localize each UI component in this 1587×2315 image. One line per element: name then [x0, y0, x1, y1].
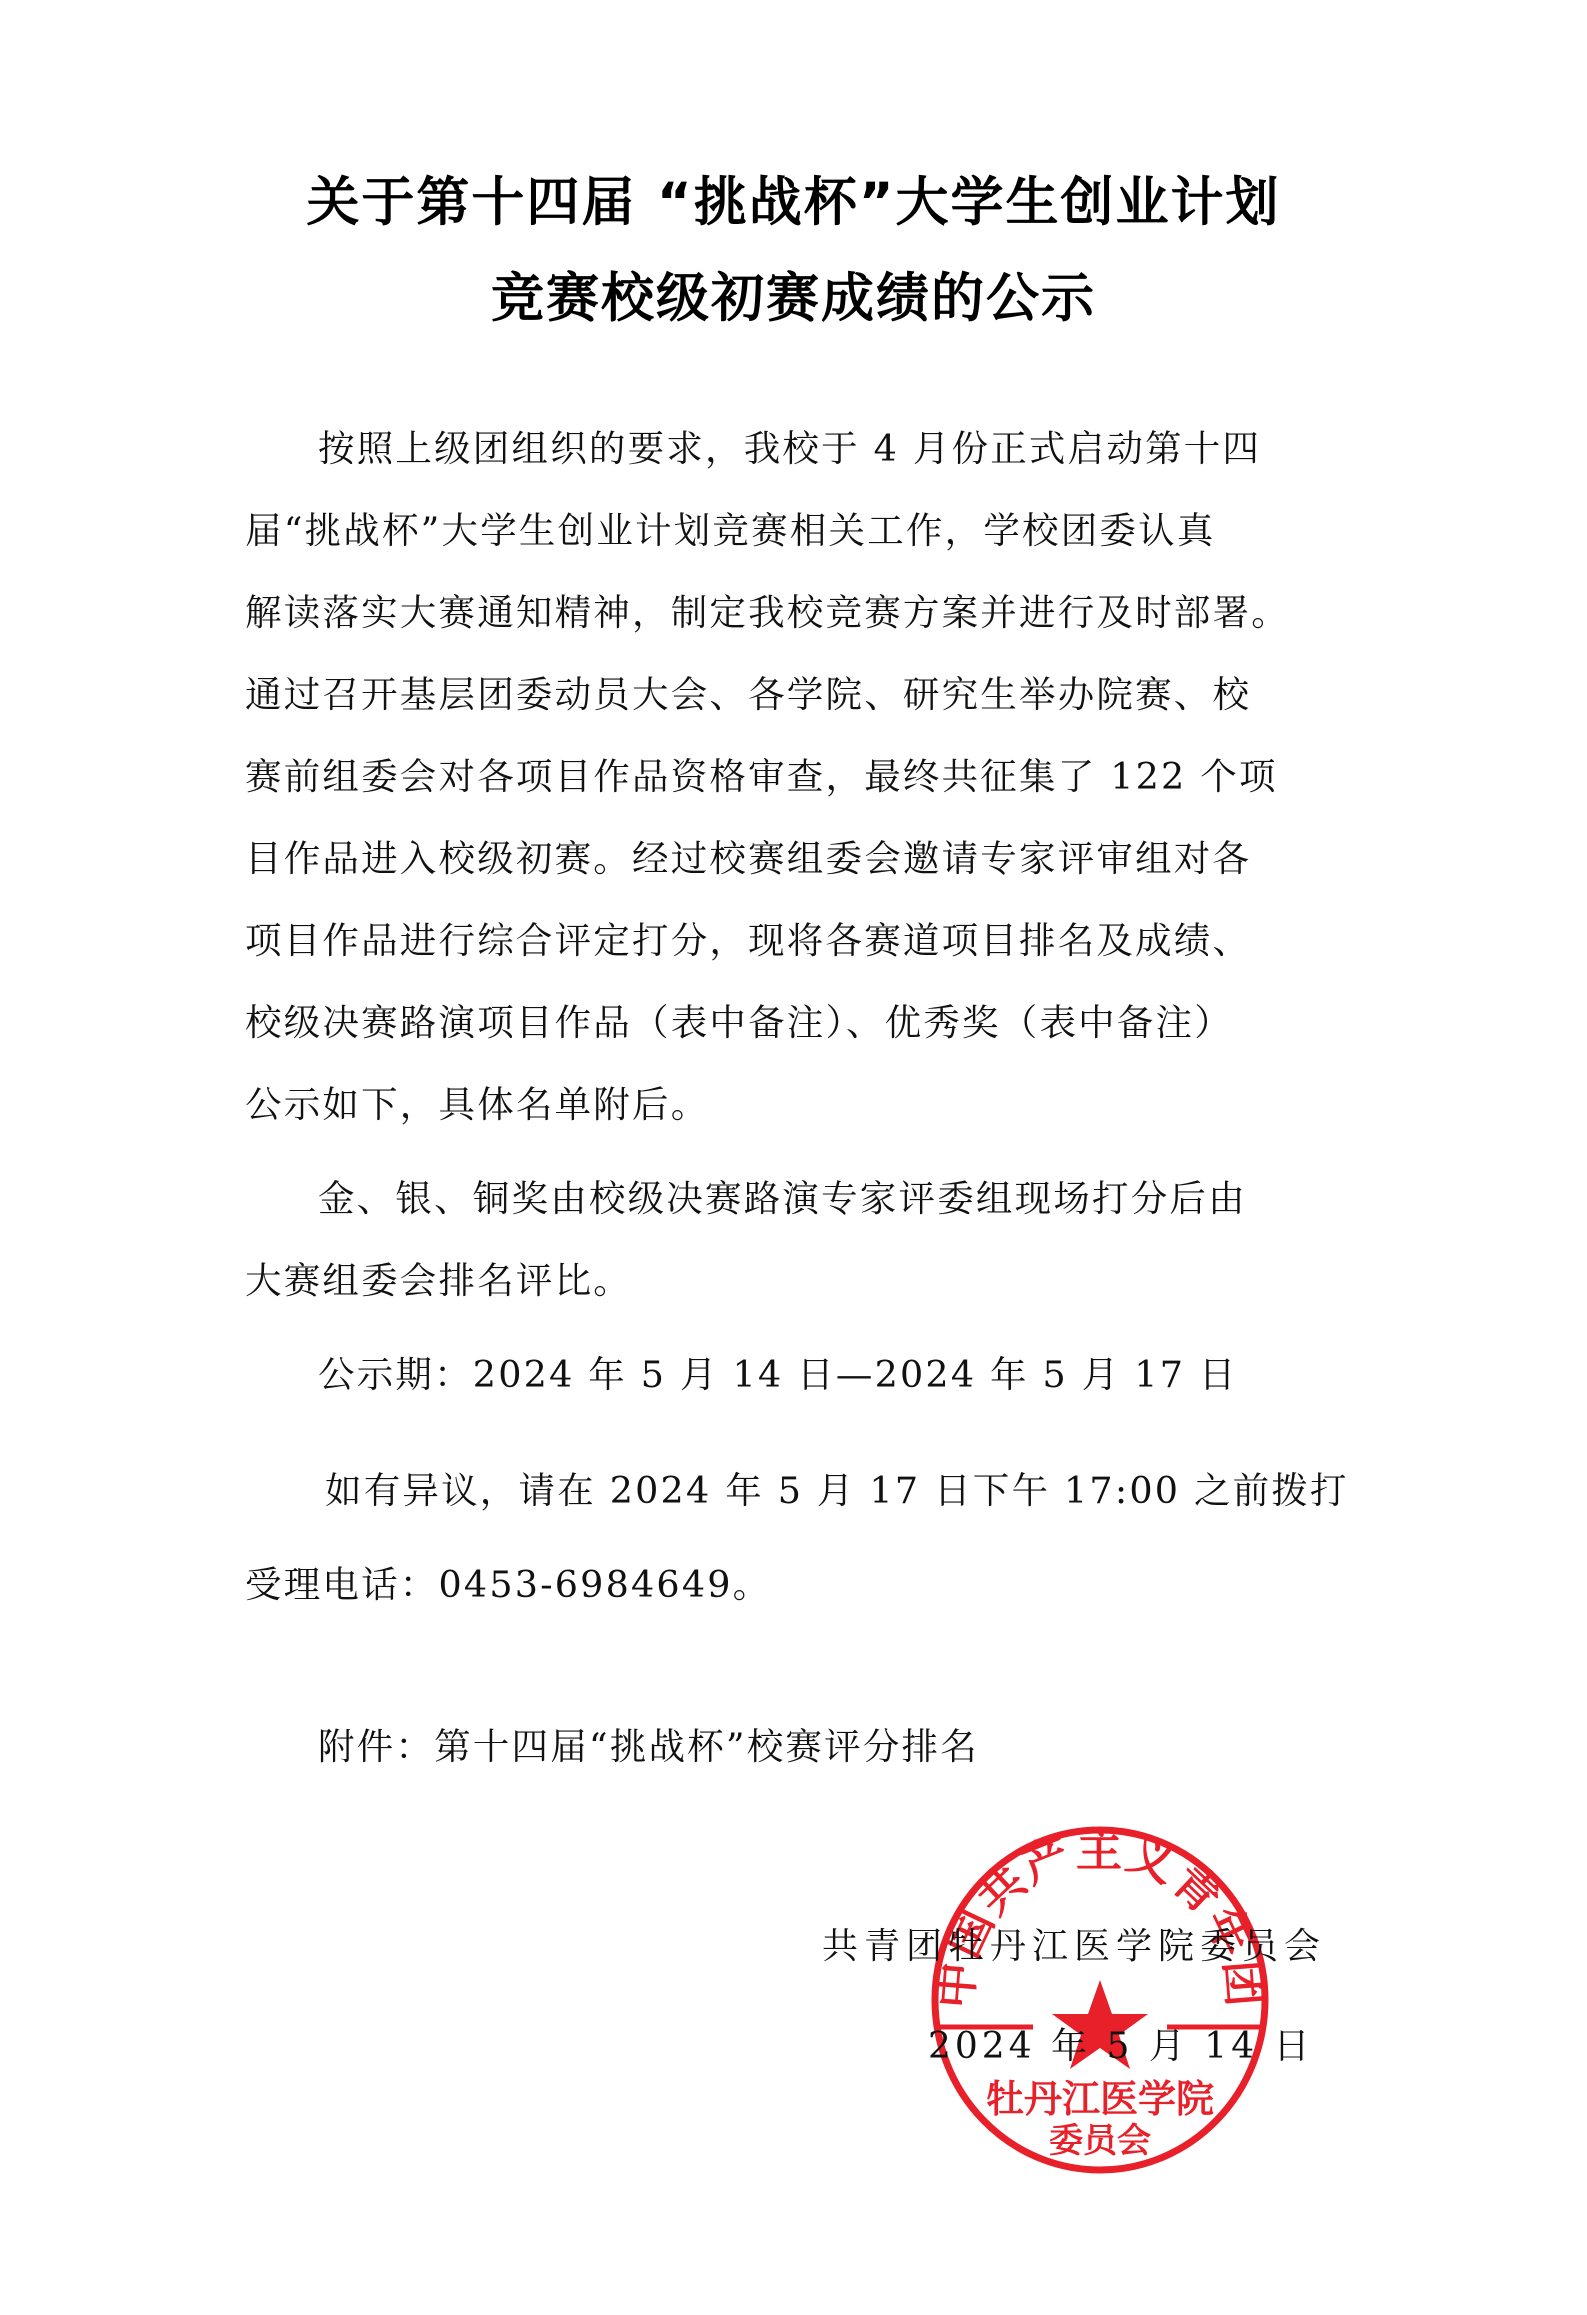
objection-phone: 受理电话：0453-6984649。 — [245, 1556, 771, 1608]
body-paragraph-1-line-5: 赛前组委会对各项目作品资格审查，最终共征集了 122 个项 — [245, 748, 1278, 800]
body-paragraph-2-line-2: 大赛组委会排名评比。 — [245, 1252, 632, 1304]
body-paragraph-1-line-4: 通过召开基层团委动员大会、各学院、研究生举办院赛、校 — [245, 666, 1251, 718]
official-seal-stamp: 中国共产主义青年团 牡丹江医学院 委员会 — [925, 1822, 1275, 2177]
body-paragraph-1-line-3: 解读落实大赛通知精神，制定我校竞赛方案并进行及时部署。 — [245, 584, 1290, 636]
signature-organization: 共青团牡丹江医学院委员会 — [822, 1918, 1326, 1969]
body-paragraph-1-line-1: 按照上级团组织的要求，我校于 4 月份正式启动第十四 — [318, 420, 1261, 472]
svg-text:牡丹江医学院: 牡丹江医学院 — [986, 2077, 1214, 2121]
svg-text:委员会: 委员会 — [1049, 2121, 1151, 2161]
body-paragraph-1-line-7: 项目作品进行综合评定打分，现将各赛道项目排名及成绩、 — [245, 912, 1251, 964]
body-paragraph-1-line-6: 目作品进入校级初赛。经过校赛组委会邀请专家评审组对各 — [245, 830, 1251, 882]
publicity-period: 公示期：2024 年 5 月 14 日—2024 年 5 月 17 日 — [318, 1346, 1238, 1398]
objection-line-1: 如有异议，请在 2024 年 5 月 17 日下午 17:00 之前拨打 — [325, 1462, 1349, 1514]
document-title-line-2: 竞赛校级初赛成绩的公示 — [0, 256, 1587, 332]
body-paragraph-2-line-1: 金、银、铜奖由校级决赛路演专家评委组现场打分后由 — [318, 1170, 1247, 1222]
body-paragraph-1-line-9: 公示如下，具体名单附后。 — [245, 1076, 709, 1128]
body-paragraph-1-line-8: 校级决赛路演项目作品（表中备注）、优秀奖（表中备注） — [245, 994, 1233, 1046]
body-paragraph-1-line-2: 届“挑战杯”大学生创业计划竞赛相关工作，学校团委认真 — [245, 502, 1216, 554]
signature-date: 2024 年 5 月 14 日 — [928, 2018, 1314, 2069]
document-title-line-1: 关于第十四届 “挑战杯”大学生创业计划 — [0, 160, 1587, 236]
attachment-note: 附件：第十四届“挑战杯”校赛评分排名 — [318, 1718, 979, 1770]
